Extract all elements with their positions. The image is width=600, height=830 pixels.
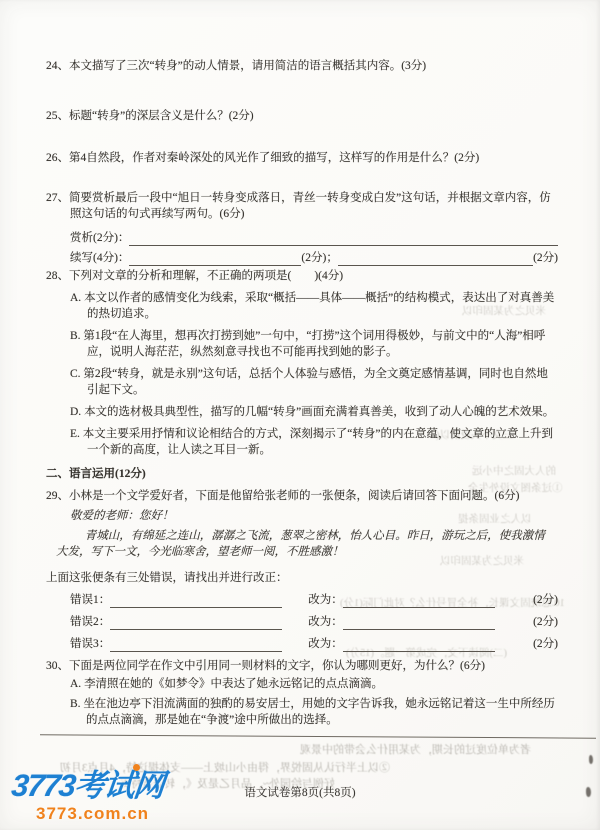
option-label: B. bbox=[70, 330, 81, 342]
answer-blank bbox=[110, 594, 282, 608]
logo-accent-dot bbox=[133, 764, 140, 771]
option-text: 第1段“在人海里，想再次打捞到她”一句中，“打捞”这个词用得极妙，与前文中的“人… bbox=[83, 330, 545, 358]
answer-blank bbox=[343, 638, 495, 652]
option-a: A. 李清照在她的《如梦令》中表达了她永远铭记的点点滴滴。 bbox=[70, 676, 558, 692]
question-28: 28、下列对文章的分析和理解，不正确的两项是( )(4分) bbox=[46, 268, 558, 284]
question-27: 27、简要赏析最后一段中“旭日一转身变成落日，青丝一转身变成白发”这句话，并根据… bbox=[46, 190, 558, 222]
option-label: B. bbox=[70, 698, 81, 710]
option-e: E. 本文主要采用抒情和议论相结合的方式，深刻揭示了“转身”的内在意蕴，使文章的… bbox=[70, 426, 558, 458]
xuxie-label: 续写(4分)： bbox=[70, 250, 129, 266]
error-label: 错误3： bbox=[70, 636, 110, 652]
gaiwei-label: 改为： bbox=[308, 636, 343, 652]
watermark-logo: 3773考试网 3773.com.cn bbox=[12, 760, 163, 824]
option-b: B. 坐在池边亭下泪流满面的独酌的易安居士，用她的文字告诉我，她永远铭记着这一生… bbox=[70, 696, 558, 728]
option-text: 第2段“转身，就是永别”这句话，总括个人体验与感悟，为全文奠定感情基调，同时也自… bbox=[83, 368, 547, 396]
option-label: A. bbox=[70, 678, 81, 690]
question-25: 25、标题“转身”的深层含义是什么？(2分) bbox=[46, 108, 558, 124]
gaiwei-label: 改为： bbox=[308, 592, 343, 608]
question-26: 26、第4自然段，作者对秦岭深处的风光作了细致的描写，这样写的作用是什么？(2分… bbox=[46, 150, 558, 166]
option-text: 坐在池边亭下泪流满面的独酌的易安居士，用她的文字告诉我，她永远铭记着这一生中所经… bbox=[83, 698, 555, 726]
question-28-options: A. 本文以作者的感情变化为线索，采取“概括——具体——概括”的结构模式，表达出… bbox=[70, 290, 558, 458]
error-correction-rows: 错误1： 改为： (2分) 错误2： 改为： (2分) 错误3： 改为： (2分… bbox=[46, 592, 558, 652]
option-text: 本文的选材极具典型性，描写的几幅“转身”画面充满着真善美，收到了动人心魄的艺术效… bbox=[84, 406, 554, 418]
answer-blank bbox=[343, 616, 495, 630]
score-label: (2分)； bbox=[301, 250, 337, 266]
answer-blank bbox=[129, 252, 301, 266]
watermark-domain: 3773.com.cn bbox=[36, 804, 163, 824]
question-24: 24、本文描写了三次“转身”的动人情景，请用简洁的语言概括其内容。(3分) bbox=[46, 58, 558, 74]
option-b: B. 第1段“在人海里，想再次打捞到她”一句中，“打捞”这个词用得极妙，与前文中… bbox=[70, 328, 558, 360]
watermark-site-name: 3773考试网 bbox=[10, 760, 166, 805]
answer-blank bbox=[343, 594, 495, 608]
xuxie-answer-row: 续写(4分)： (2分)； (2分) bbox=[70, 250, 558, 266]
gaiwei-label: 改为： bbox=[308, 614, 343, 630]
score-label: (2分) bbox=[533, 592, 558, 608]
question-30-options: A. 李清照在她的《如梦令》中表达了她永远铭记的点点滴滴。 B. 坐在池边亭下泪… bbox=[70, 676, 558, 728]
answer-blank bbox=[110, 616, 282, 630]
error-label: 错误1： bbox=[70, 592, 110, 608]
error-row-3: 错误3： 改为： (2分) bbox=[70, 636, 558, 652]
option-label: C. bbox=[70, 368, 81, 380]
note-body: 青城山，有绵延之连山，潺潺之飞流，葱翠之密林，怡人心目。昨日，游玩之后，使我激情… bbox=[56, 528, 554, 560]
option-label: D. bbox=[70, 406, 81, 418]
shangxi-answer-row: 赏析(2分)： bbox=[70, 230, 558, 246]
exam-content: 24、本文描写了三次“转身”的动人情景，请用简洁的语言概括其内容。(3分) 25… bbox=[0, 0, 600, 737]
error-label: 错误2： bbox=[70, 614, 110, 630]
option-a: A. 本文以作者的感情变化为线索，采取“概括——具体——概括”的结构模式，表达出… bbox=[70, 290, 558, 322]
option-c: C. 第2段“转身，就是永别”这句话，总括个人体验与感悟，为全文奠定感情基调，同… bbox=[70, 366, 558, 398]
section-2-title: 二、语言运用(12分) bbox=[46, 466, 558, 482]
answer-blank bbox=[338, 252, 533, 266]
option-text: 本文以作者的感情变化为线索，采取“概括——具体——概括”的结构模式，表达出了对真… bbox=[84, 292, 554, 320]
option-label: E. bbox=[70, 428, 80, 440]
score-label: (2分) bbox=[533, 250, 558, 266]
bleedthrough-text: 者为单位度过的长期，为某用什么会带的中景观 bbox=[300, 744, 531, 756]
scanned-exam-page: 米贝之为某固印以 三文不头设前以( 的人大固之中小远 ①过条图文设外生全 以人之… bbox=[0, 0, 600, 830]
error-row-2: 错误2： 改为： (2分) bbox=[70, 614, 558, 630]
question-30: 30、下面是两位同学在作文中引用同一则材料的文字，你认为哪则更好，为什么？(6分… bbox=[46, 658, 558, 674]
question-29: 29、小林是一个文学爱好者，下面是他留给张老师的一张便条，阅读后请回答下面问题。… bbox=[46, 488, 558, 504]
shangxi-label: 赏析(2分)： bbox=[70, 230, 129, 246]
question-29-instruction: 上面这张便条有三处错误，请找出并进行改正： bbox=[46, 570, 558, 586]
score-label: (2分) bbox=[533, 636, 558, 652]
answer-blank bbox=[110, 638, 282, 652]
footer-divider bbox=[40, 734, 596, 738]
option-d: D. 本文的选材极具典型性，描写的几幅“转身”画面充满着真善美，收到了动人心魄的… bbox=[70, 404, 558, 420]
answer-blank bbox=[129, 232, 558, 246]
option-text: 本文主要采用抒情和议论相结合的方式，深刻揭示了“转身”的内在意蕴，使文章的立意上… bbox=[83, 428, 553, 456]
score-label: (2分) bbox=[533, 614, 558, 630]
scan-artifact bbox=[589, 755, 593, 764]
option-label: A. bbox=[70, 292, 81, 304]
option-text: 李清照在她的《如梦令》中表达了她永远铭记的点点滴滴。 bbox=[84, 678, 383, 690]
error-row-1: 错误1： 改为： (2分) bbox=[70, 592, 558, 608]
note-greeting: 敬爱的老师：您好！ bbox=[70, 508, 558, 524]
